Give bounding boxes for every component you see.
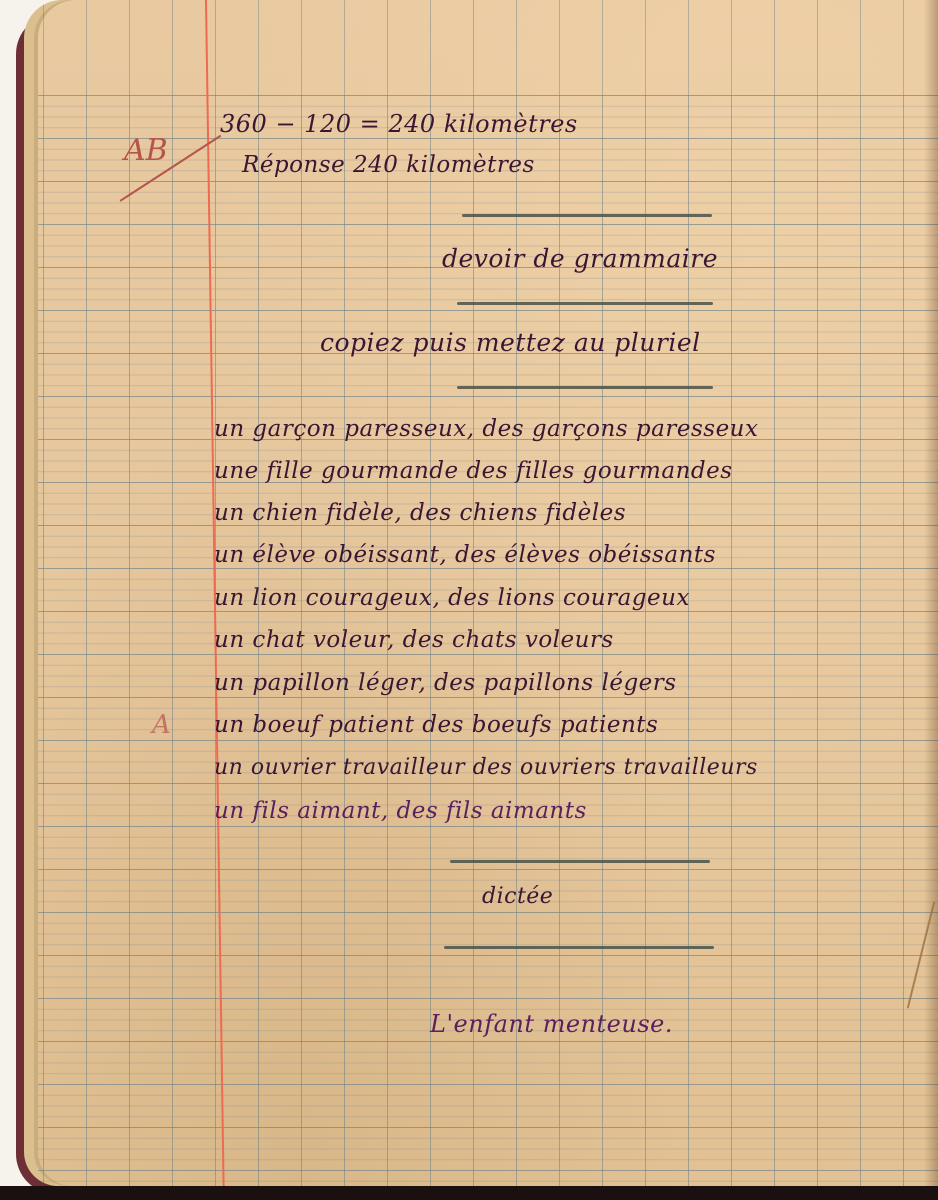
grammar-line: un lion courageux, des lions courageux: [214, 585, 690, 611]
teacher-mark: AB: [124, 133, 168, 168]
notebook-page: 360 − 120 = 240 kilomètres Réponse 240 k…: [24, 0, 938, 1186]
divider: [457, 386, 713, 389]
divider: [462, 214, 712, 217]
answer-line: Réponse 240 kilomètres: [242, 152, 535, 178]
grammar-line: un garçon paresseux, des garçons paresse…: [214, 416, 758, 442]
grammar-title: devoir de grammaire: [442, 244, 718, 273]
grammar-line: un fils aimant, des fils aimants: [214, 798, 587, 824]
divider: [457, 302, 713, 305]
dictation-title: dictée: [482, 884, 553, 909]
grammar-line: un papillon léger, des papillons légers: [214, 670, 677, 696]
page-edge-shadow: [924, 0, 938, 1186]
grammar-line: un boeuf patient des boeufs patients: [214, 712, 658, 738]
arithmetic-line: 360 − 120 = 240 kilomètres: [220, 110, 578, 138]
dictation-subtitle: L'enfant menteuse.: [430, 1010, 673, 1038]
grammar-line: une fille gourmande des filles gourmande…: [214, 458, 733, 484]
grid-top: [38, 0, 938, 95]
grammar-instruction: copiez puis mettez au pluriel: [320, 328, 701, 357]
grammar-line: un chien fidèle, des chiens fidèles: [214, 500, 626, 526]
grammar-line: un élève obéissant, des élèves obéissant…: [214, 542, 716, 568]
divider: [450, 860, 710, 863]
bottom-edge: [0, 1186, 938, 1200]
grammar-line: un ouvrier travailleur des ouvriers trav…: [214, 755, 758, 780]
grammar-line: un chat voleur, des chats voleurs: [214, 627, 614, 653]
teacher-mark-2: A: [152, 710, 171, 740]
divider: [444, 946, 714, 949]
